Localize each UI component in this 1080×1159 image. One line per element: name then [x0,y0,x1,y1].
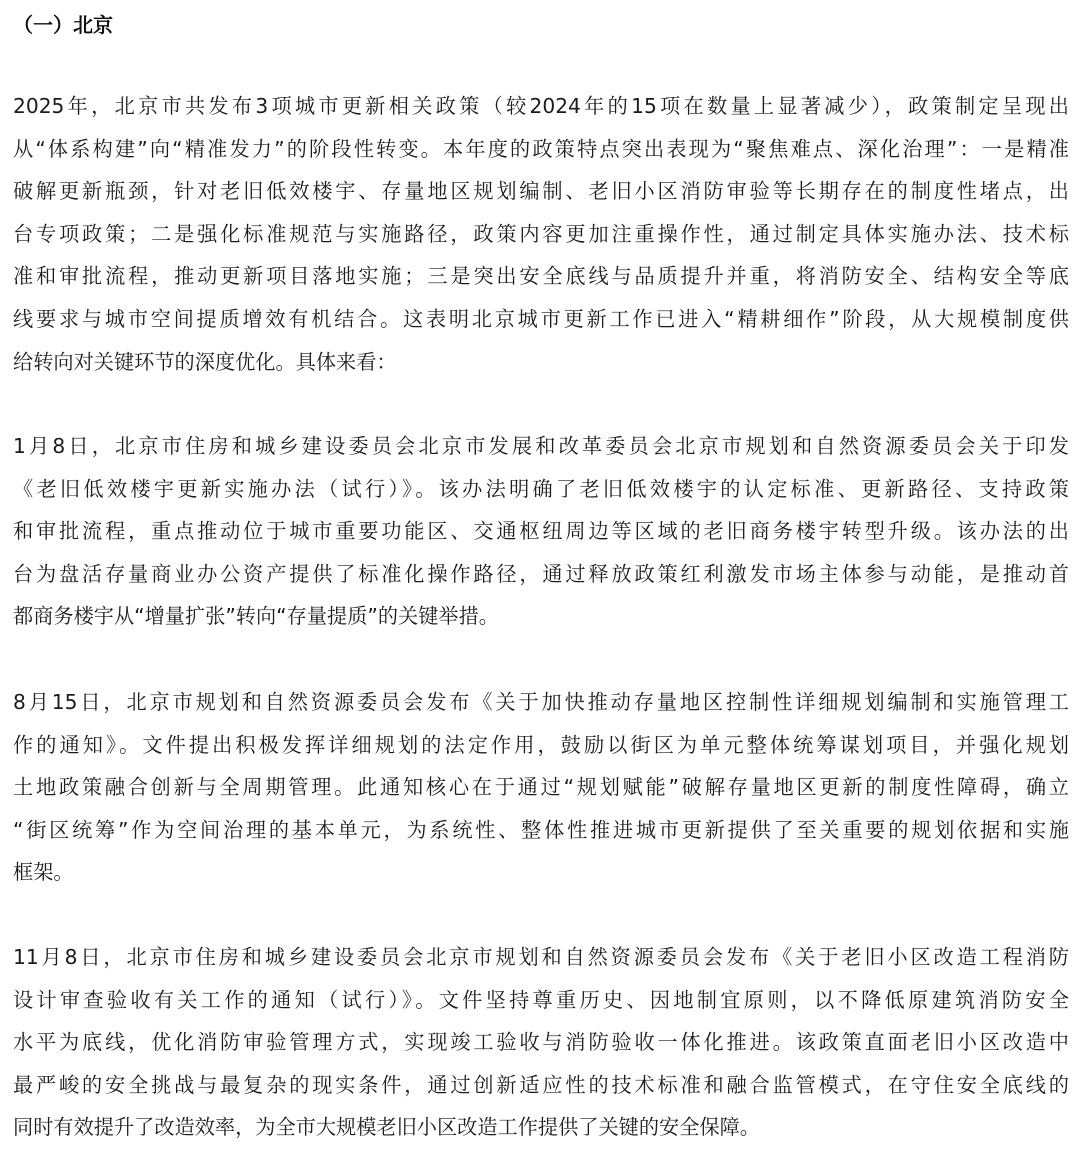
text-line: 土地政策融合创新与全周期管理。此通知核心在于通过“规划赋能”破解存量地区更新的制… [13,766,1069,809]
text-line: 破解更新瓶颈，针对老旧低效楼宇、存量地区规划编制、老旧小区消防审验等长期存在的制… [13,170,1069,213]
text-line: 线要求与城市空间提质增效有机结合。这表明北京城市更新工作已进入“精耕细作”阶段，… [13,298,1069,341]
text-line: 给转向对关键环节的深度优化。具体来看： [13,341,1069,384]
text-line: 8月15日，北京市规划和自然资源委员会发布《关于加快推动存量地区控制性详细规划编… [13,681,1069,724]
paragraph-policy-aug-15: 8月15日，北京市规划和自然资源委员会发布《关于加快推动存量地区控制性详细规划编… [13,681,1069,894]
text-line: “街区统筹”作为空间治理的基本单元，为系统性、整体性推进城市更新提供了至关重要的… [13,809,1069,852]
section-heading: （一）北京 [13,9,113,41]
paragraph-overview: 2025年，北京市共发布3项城市更新相关政策（较2024年的15项在数量上显著减… [13,85,1069,383]
text-line: 准和审批流程，推动更新项目落地实施；三是突出安全底线与品质提升并重，将消防安全、… [13,255,1069,298]
paragraph-policy-jan-8: 1月8日，北京市住房和城乡建设委员会北京市发展和改革委员会北京市规划和自然资源委… [13,425,1069,638]
text-line: 和审批流程，重点推动位于城市重要功能区、交通枢纽周边等区域的老旧商务楼宇转型升级… [13,510,1069,553]
text-line: 都商务楼宇从“增量扩张”转向“存量提质”的关键举措。 [13,595,1069,638]
text-line: 台专项政策；二是强化标准规范与实施路径，政策内容更加注重操作性，通过制定具体实施… [13,213,1069,256]
text-line: 1月8日，北京市住房和城乡建设委员会北京市发展和改革委员会北京市规划和自然资源委… [13,425,1069,468]
document-page: （一）北京 2025年，北京市共发布3项城市更新相关政策（较2024年的15项在… [0,0,1080,1159]
text-line: 作的通知》。文件提出积极发挥详细规划的法定作用，鼓励以街区为单元整体统筹谋划项目… [13,724,1069,767]
text-line: 水平为底线，优化消防审验管理方式，实现竣工验收与消防验收一体化推进。该政策直面老… [13,1021,1069,1064]
text-line: 框架。 [13,851,1069,894]
text-line: 台为盘活存量商业办公资产提供了标准化操作路径，通过释放政策红利激发市场主体参与动… [13,553,1069,596]
text-line: 11月8日，北京市住房和城乡建设委员会北京市规划和自然资源委员会发布《关于老旧小… [13,936,1069,979]
paragraph-policy-nov-8: 11月8日，北京市住房和城乡建设委员会北京市规划和自然资源委员会发布《关于老旧小… [13,936,1069,1149]
text-line: 同时有效提升了改造效率，为全市大规模老旧小区改造工作提供了关键的安全保障。 [13,1106,1069,1149]
text-line: 从“体系构建”向“精准发力”的阶段性转变。本年度的政策特点突出表现为“聚焦难点、… [13,128,1069,171]
text-line: 《老旧低效楼宇更新实施办法（试行）》。该办法明确了老旧低效楼宇的认定标准、更新路… [13,468,1069,511]
text-line: 2025年，北京市共发布3项城市更新相关政策（较2024年的15项在数量上显著减… [13,85,1069,128]
text-line: 设计审查验收有关工作的通知（试行）》。文件坚持尊重历史、因地制宜原则，以不降低原… [13,979,1069,1022]
text-line: 最严峻的安全挑战与最复杂的现实条件，通过创新适应性的技术标准和融合监管模式，在守… [13,1064,1069,1107]
